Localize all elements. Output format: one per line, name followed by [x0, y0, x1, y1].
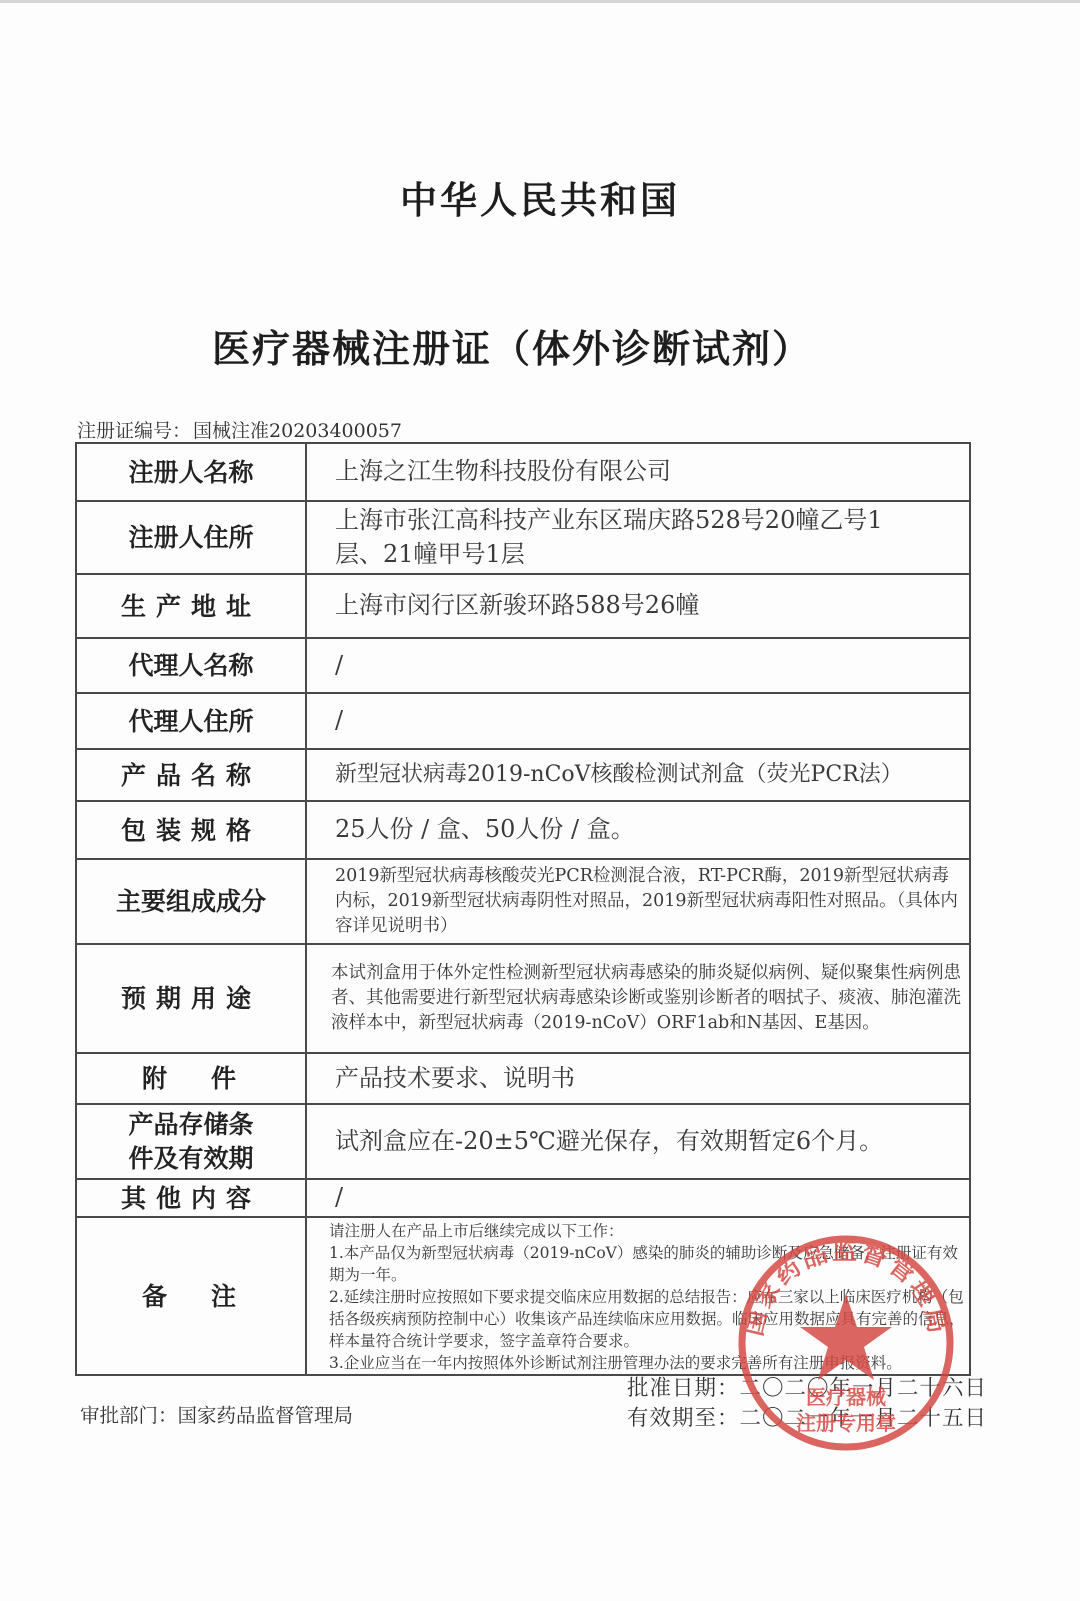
row-label-production-address: 生产地址: [76, 574, 306, 638]
page-top-edge: [0, 0, 1080, 3]
certificate-table: 注册人名称 上海之江生物科技股份有限公司 注册人住所 上海市张江高科技产业东区瑞…: [75, 442, 971, 1376]
country-title: 中华人民共和国: [0, 170, 1080, 224]
approval-date-value: 二〇二〇年一月二十六日: [740, 1376, 988, 1401]
row-label-registrant-name: 注册人名称: [76, 443, 306, 501]
approval-date: 批准日期：二〇二〇年一月二十六日: [627, 1371, 987, 1402]
row-label-storage: 产品存储条 件及有效期: [76, 1104, 306, 1179]
table-row: 包装规格 25人份 / 盒、50人份 / 盒。: [76, 801, 970, 859]
table-row: 产品存储条 件及有效期 试剂盒应在-20±5℃避光保存，有效期暂定6个月。: [76, 1104, 970, 1179]
table-row: 代理人住所 /: [76, 693, 970, 749]
table-row: 预期用途 本试剂盒用于体外定性检测新型冠状病毒感染的肺炎疑似病例、疑似聚集性病例…: [76, 944, 970, 1053]
row-value-intended-use: 本试剂盒用于体外定性检测新型冠状病毒感染的肺炎疑似病例、疑似聚集性病例患者、其他…: [306, 944, 970, 1053]
row-value-main-components: 2019新型冠状病毒核酸荧光PCR检测混合液，RT-PCR酶，2019新型冠状病…: [306, 859, 970, 944]
row-label-packaging: 包装规格: [76, 801, 306, 859]
row-value-agent-name: /: [306, 638, 970, 693]
table-row: 注册人住所 上海市张江高科技产业东区瑞庆路528号20幢乙号1 层、21幢甲号1…: [76, 501, 970, 574]
row-value-agent-address: /: [306, 693, 970, 749]
valid-until: 有效期至：二〇二一年一月二十五日: [627, 1401, 987, 1432]
row-value-storage: 试剂盒应在-20±5℃避光保存，有效期暂定6个月。: [306, 1104, 970, 1179]
row-value-product-name: 新型冠状病毒2019-nCoV核酸检测试剂盒（荧光PCR法）: [306, 749, 970, 801]
row-value-attachments: 产品技术要求、说明书: [306, 1053, 970, 1104]
remarks-item-2: 2.延续注册时应按照如下要求提交临床应用数据的总结报告：应在三家以上临床医疗机构…: [329, 1286, 965, 1352]
registration-number: 注册证编号：国械注准20203400057: [75, 416, 402, 443]
row-label-remarks: 备注: [76, 1217, 306, 1375]
valid-until-value: 二〇二一年一月二十五日: [740, 1406, 988, 1431]
table-row: 注册人名称 上海之江生物科技股份有限公司: [76, 443, 970, 501]
row-label-attachments: 附件: [76, 1053, 306, 1104]
table-row: 代理人名称 /: [76, 638, 970, 693]
table-row: 生产地址 上海市闵行区新骏环路588号26幢: [76, 574, 970, 638]
row-value-registrant-name: 上海之江生物科技股份有限公司: [306, 443, 970, 501]
remarks-intro: 请注册人在产品上市后继续完成以下工作：: [329, 1220, 965, 1242]
table-row: 产品名称 新型冠状病毒2019-nCoV核酸检测试剂盒（荧光PCR法）: [76, 749, 970, 801]
row-label-registrant-address: 注册人住所: [76, 501, 306, 574]
row-value-packaging: 25人份 / 盒、50人份 / 盒。: [306, 801, 970, 859]
row-label-intended-use: 预期用途: [76, 944, 306, 1053]
table-row: 其他内容 /: [76, 1179, 970, 1217]
row-label-product-name: 产品名称: [76, 749, 306, 801]
row-value-production-address: 上海市闵行区新骏环路588号26幢: [306, 574, 970, 638]
storage-label-line-1: 产品存储条: [77, 1108, 305, 1142]
approval-date-label: 批准日期：: [627, 1376, 740, 1401]
row-label-agent-address: 代理人住所: [76, 693, 306, 749]
row-value-other: /: [306, 1179, 970, 1217]
storage-label-line-2: 件及有效期: [77, 1142, 305, 1176]
table-row: 备注 请注册人在产品上市后继续完成以下工作： 1.本产品仅为新型冠状病毒（201…: [76, 1217, 970, 1375]
row-value-remarks: 请注册人在产品上市后继续完成以下工作： 1.本产品仅为新型冠状病毒（2019-n…: [306, 1217, 970, 1375]
table-row: 主要组成成分 2019新型冠状病毒核酸荧光PCR检测混合液，RT-PCR酶，20…: [76, 859, 970, 944]
row-label-agent-name: 代理人名称: [76, 638, 306, 693]
remarks-item-1: 1.本产品仅为新型冠状病毒（2019-nCoV）感染的肺炎的辅助诊断及应急储备，…: [329, 1242, 965, 1286]
registration-number-label: 注册证编号：: [77, 420, 191, 442]
row-label-other: 其他内容: [76, 1179, 306, 1217]
approval-department: 审批部门：国家药品监督管理局: [80, 1400, 353, 1428]
valid-until-label: 有效期至：: [627, 1406, 740, 1431]
approval-department-label: 审批部门：: [80, 1404, 178, 1427]
address-line-2: 层、21幢甲号1层: [335, 538, 965, 571]
approval-department-value: 国家药品监督管理局: [178, 1404, 354, 1427]
row-label-main-components: 主要组成成分: [76, 859, 306, 944]
row-value-registrant-address: 上海市张江高科技产业东区瑞庆路528号20幢乙号1 层、21幢甲号1层: [306, 501, 970, 574]
certificate-title: 医疗器械注册证（体外诊断试剂）: [212, 318, 812, 373]
table-row: 附件 产品技术要求、说明书: [76, 1053, 970, 1104]
registration-number-value: 国械注准20203400057: [193, 420, 402, 442]
address-line-1: 上海市张江高科技产业东区瑞庆路528号20幢乙号1: [335, 504, 965, 537]
